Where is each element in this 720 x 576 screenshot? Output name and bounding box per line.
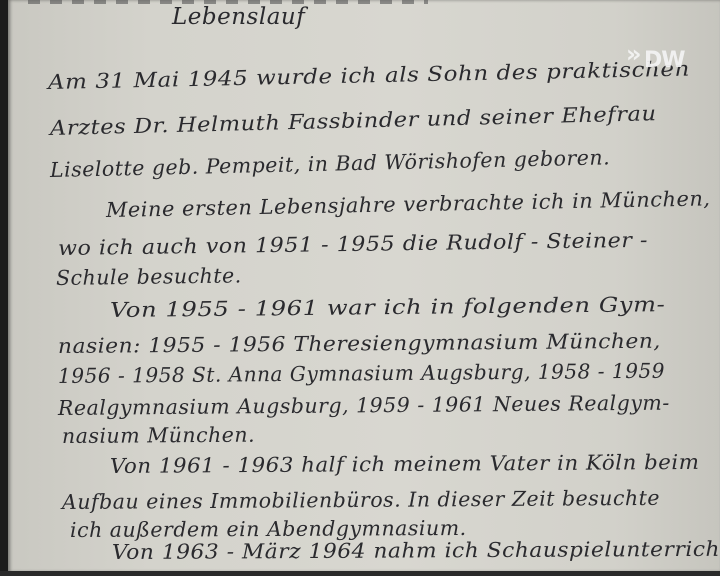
dw-logo-text: DW (644, 48, 685, 73)
text-line-6: Schule besuchte. (56, 263, 242, 290)
text-line-12: Von 1961 - 1963 half ich meinem Vater in… (110, 450, 700, 478)
chevrons-icon: » (626, 40, 634, 68)
video-frame: Lebenslauf Am 31 Mai 1945 wurde ich als … (0, 0, 720, 576)
frame-bottom-edge (0, 571, 720, 576)
text-line-11: nasium München. (62, 423, 255, 448)
text-line-13: Aufbau eines Immobilienbüros. In dieser … (62, 486, 660, 514)
dw-logo: » DW (624, 40, 684, 80)
document-title: Lebenslauf (172, 4, 305, 30)
text-line-15: Von 1963 - März 1964 nahm ich Schauspiel… (112, 537, 720, 564)
